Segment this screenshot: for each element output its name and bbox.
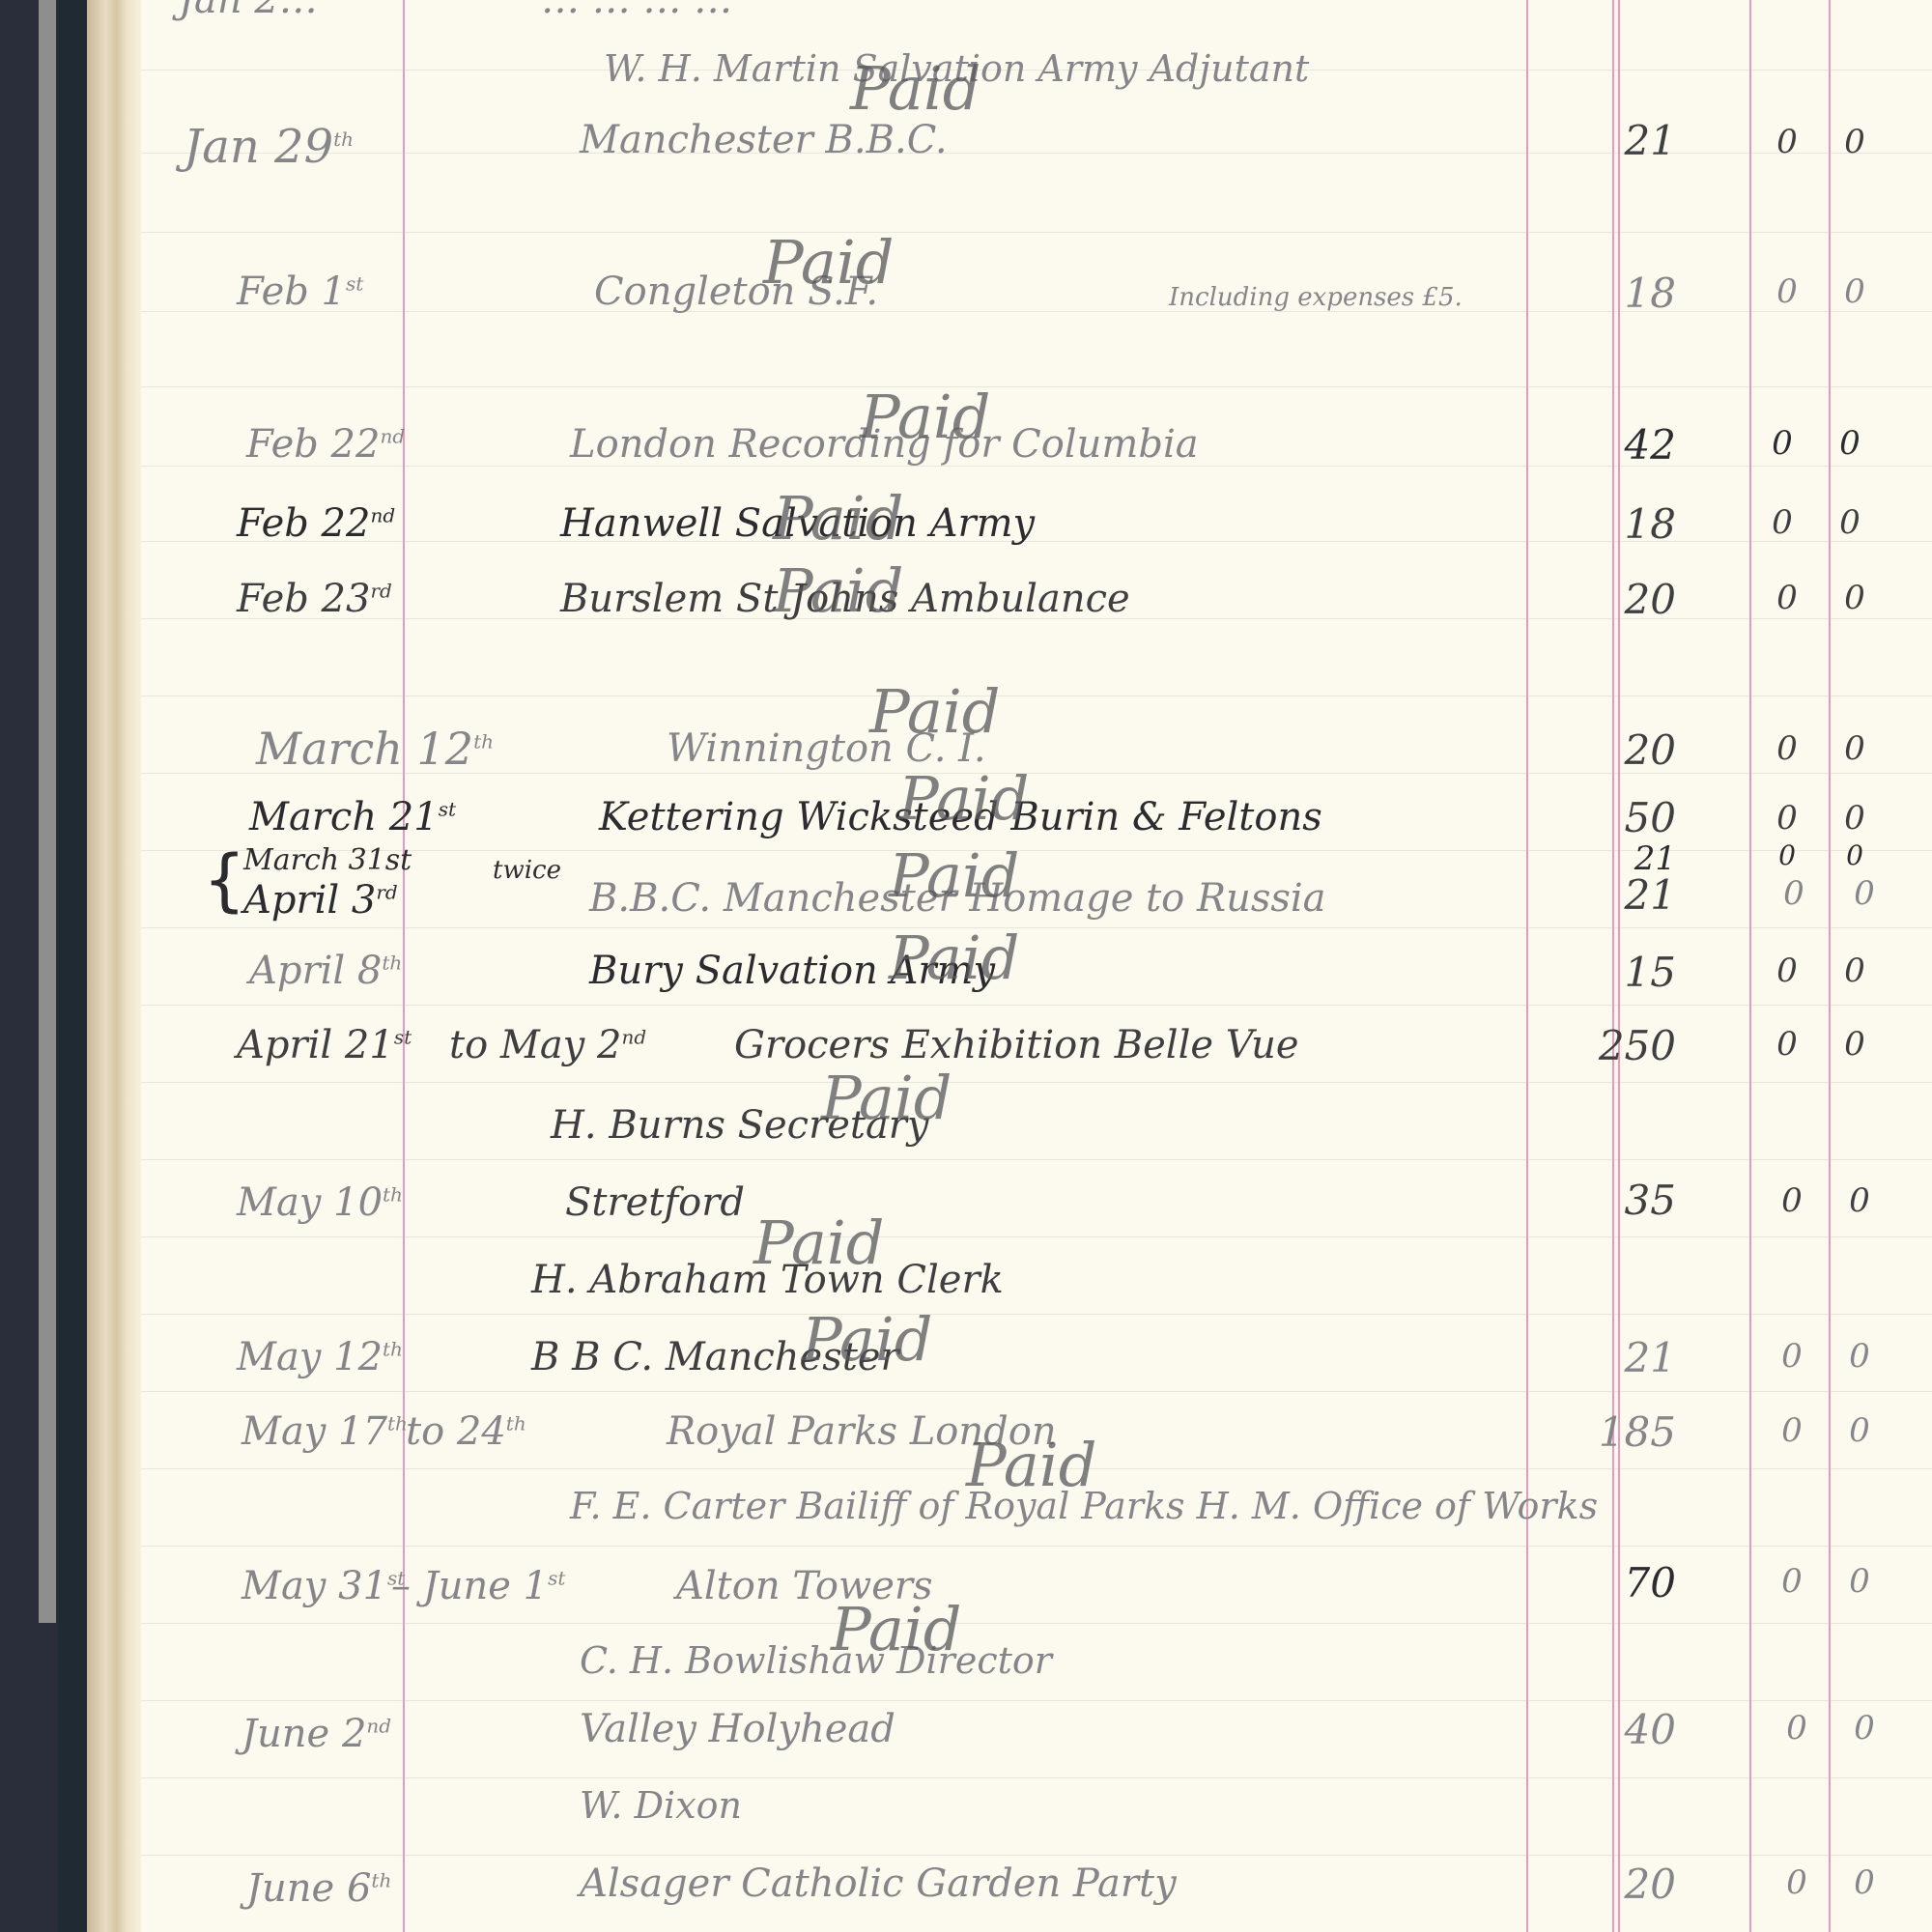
ruled-line: [141, 1005, 1932, 1006]
amount-pence-first: 0: [1831, 842, 1879, 869]
amount-shillings: 0: [1763, 1028, 1811, 1061]
ruled-line: [141, 696, 1932, 696]
date-margin-rule: [403, 0, 405, 1932]
amount-pence: 0: [1835, 1414, 1884, 1447]
paid-mark: Paid: [889, 840, 1019, 911]
entry-note: Including expenses £5.: [1169, 285, 1463, 310]
ruled-line: [141, 1623, 1932, 1624]
entry-description: Manchester B.B.C.: [580, 121, 948, 159]
date-text: March 21: [249, 795, 439, 839]
date-suffix: nd: [370, 504, 395, 527]
ruled-line: [141, 1236, 1932, 1237]
amount-pence: 0: [1835, 1340, 1884, 1373]
amount-pounds: 35: [1570, 1180, 1676, 1221]
amount-pence: 0: [1831, 802, 1879, 835]
amount-pounds: 18: [1570, 273, 1676, 314]
ruled-line: [141, 1314, 1932, 1315]
date-text: Feb 22: [246, 422, 380, 467]
paid-mark: Paid: [966, 1430, 1096, 1500]
date-text: Feb 23: [237, 577, 370, 621]
amount-pence: 0: [1831, 275, 1879, 308]
entry-description: Grocers Exhibition Belle Vue: [734, 1026, 1299, 1065]
amount-pounds: 20: [1570, 1864, 1676, 1905]
ruled-line: [141, 1159, 1932, 1160]
amount-shillings: 0: [1763, 732, 1811, 765]
binding-cloth: [58, 0, 87, 1932]
amount-pence: 0: [1831, 732, 1879, 765]
entry-side-note: twice: [493, 858, 561, 883]
amount-pounds: 42: [1570, 425, 1676, 466]
entry-description: Stretford: [565, 1183, 745, 1222]
amount-pence-second: 0: [1840, 877, 1889, 910]
amount-pounds: 18: [1570, 504, 1676, 545]
amount-pence: 0: [1831, 582, 1879, 614]
entry-date: March 12th: [256, 726, 494, 771]
amount-shillings: 0: [1773, 1712, 1821, 1745]
entry-contact: W. Dixon: [580, 1787, 742, 1824]
amount-pounds: 50: [1570, 798, 1676, 838]
amount-shillings: 0: [1768, 1414, 1816, 1447]
date-text: April 21: [237, 1023, 394, 1067]
entry-date: Feb 22nd: [237, 504, 395, 543]
ruled-line: [141, 386, 1932, 387]
paid-mark: Paid: [773, 555, 903, 626]
date-suffix: th: [383, 1183, 403, 1207]
date-text: June 6: [246, 1866, 371, 1911]
paid-mark: Paid: [753, 1207, 884, 1278]
date-text: May 10: [237, 1180, 383, 1225]
entry-contact: C. H. Bowlishaw Director: [580, 1642, 1052, 1679]
paid-mark: Paid: [802, 1304, 932, 1375]
amount-shillings-second: 0: [1770, 877, 1818, 910]
entry-date-to: to 24th: [406, 1412, 526, 1451]
entry-date: May 10th: [237, 1183, 403, 1222]
entry-date: April 8th: [249, 952, 402, 990]
date-text: April 3: [243, 878, 376, 923]
amount-shillings: 0: [1773, 1866, 1821, 1899]
amount-pence: 0: [1831, 126, 1879, 158]
date-suffix: th: [382, 952, 402, 975]
amount-pence: 0: [1826, 506, 1874, 539]
amount-pounds: 21: [1570, 121, 1676, 161]
date-suffix: th: [473, 730, 494, 753]
paid-mark: Paid: [821, 1063, 952, 1133]
date-suffix: rd: [376, 881, 397, 904]
amount-shillings: 0: [1758, 427, 1806, 460]
amount-pence: 0: [1835, 1565, 1884, 1598]
amount-pounds: 15: [1570, 952, 1676, 993]
entry-date: June 6th: [246, 1869, 391, 1908]
date-suffix: rd: [370, 580, 391, 603]
date-text: May 17: [241, 1409, 387, 1454]
amount-pounds: 20: [1570, 730, 1676, 771]
amount-shillings: 0: [1763, 126, 1811, 158]
entry-desc-cutoff: … … … …: [541, 0, 732, 19]
amount-pounds: 20: [1570, 580, 1676, 620]
amount-shillings: 0: [1763, 582, 1811, 614]
entry-date: June 2nd: [241, 1715, 391, 1753]
date-suffix: th: [387, 1412, 408, 1435]
amount-pounds: 250: [1570, 1026, 1676, 1066]
amount-shillings: 0: [1758, 506, 1806, 539]
paid-mark: Paid: [898, 763, 1029, 834]
paid-mark: Paid: [773, 483, 903, 554]
entry-date-first: March 31st: [243, 846, 412, 875]
entry-date: May 31st: [241, 1567, 405, 1605]
amount-pence: 0: [1840, 1866, 1889, 1899]
amount-shillings: 0: [1768, 1184, 1816, 1217]
entry-date: May 12th: [237, 1338, 403, 1377]
ruled-line: [141, 927, 1932, 928]
amount-pence: 0: [1826, 427, 1874, 460]
amount-shillings: 0: [1763, 275, 1811, 308]
amount-pence: 0: [1840, 1712, 1889, 1745]
date-suffix: st: [394, 1026, 412, 1049]
amount-shillings: 0: [1763, 802, 1811, 835]
amount-pounds: 21: [1570, 1338, 1676, 1378]
paid-mark: Paid: [860, 382, 990, 452]
entry-date: Jan 29th: [184, 124, 354, 170]
date-suffix: th: [333, 128, 354, 151]
amount-shillings: 0: [1768, 1340, 1816, 1373]
date-text: April 8: [249, 949, 382, 993]
paid-mark: Paid: [763, 227, 894, 298]
date-to-suffix: st: [548, 1567, 565, 1590]
amount-shillings: 0: [1763, 954, 1811, 987]
entry-description: Alsager Catholic Garden Party: [580, 1864, 1177, 1903]
entry-date: March 21st: [249, 798, 456, 837]
date-text: Jan 29: [184, 120, 333, 174]
brace-icon: {: [203, 840, 246, 920]
amount-pounds: 40: [1570, 1710, 1676, 1750]
paid-mark: Paid: [889, 923, 1019, 993]
amount-shillings-first: 0: [1763, 842, 1811, 869]
date-text: March 12: [256, 723, 473, 775]
date-to-text: – June 1: [391, 1564, 548, 1608]
amount-pounds: 70: [1570, 1563, 1676, 1604]
entry-date-to: – June 1st: [391, 1567, 565, 1605]
date-text: June 2: [241, 1712, 366, 1756]
date-to-text: to 24: [406, 1409, 506, 1454]
amount-pounds: 185: [1570, 1412, 1676, 1453]
binding-ribbon: [39, 0, 56, 1623]
paid-mark: Paid: [869, 676, 1000, 747]
ruled-line: [141, 1391, 1932, 1392]
entry-date: Feb 22nd: [246, 425, 405, 464]
paid-mark: Paid: [831, 1594, 961, 1664]
date-to-suffix: th: [506, 1412, 526, 1435]
ruled-line: [141, 232, 1932, 233]
amount-pounds-first: 21: [1570, 842, 1676, 875]
date-suffix: st: [439, 798, 456, 821]
amount-pence: 0: [1835, 1184, 1884, 1217]
amount-pence: 0: [1831, 954, 1879, 987]
date-to-text: to May 2: [449, 1023, 621, 1067]
entry-date: Feb 1st: [237, 272, 363, 311]
entry-description: Valley Holyhead: [580, 1710, 895, 1748]
entry-date: April 3rd: [243, 881, 398, 920]
ruled-line: [141, 1855, 1932, 1856]
date-suffix: th: [371, 1869, 391, 1892]
date-suffix: nd: [380, 425, 405, 448]
entry-date: Feb 23rd: [237, 580, 392, 618]
page-edges: [87, 0, 141, 1932]
entry-date: April 21st: [237, 1026, 412, 1065]
date-to-suffix: nd: [621, 1026, 646, 1049]
date-text: May 31: [241, 1564, 387, 1608]
ruled-line: [141, 1546, 1932, 1547]
ruled-line: [141, 1700, 1932, 1701]
column-rule: [1526, 0, 1528, 1932]
date-text: Feb 1: [237, 270, 346, 314]
date-suffix: nd: [366, 1715, 391, 1738]
ruled-line: [141, 1082, 1932, 1083]
shillings-rule: [1749, 0, 1751, 1932]
entry-date-cutoff: Jan 2…: [179, 0, 318, 19]
paid-mark: Paid: [850, 53, 980, 124]
date-suffix: th: [383, 1338, 403, 1361]
date-text: May 12: [237, 1335, 383, 1379]
entry-date-to: to May 2nd: [449, 1026, 646, 1065]
amount-pence: 0: [1831, 1028, 1879, 1061]
amount-shillings: 0: [1768, 1565, 1816, 1598]
ruled-line: [141, 1777, 1932, 1778]
date-suffix: st: [346, 272, 363, 296]
date-text: Feb 22: [237, 501, 370, 546]
entry-date: May 17th: [241, 1412, 408, 1451]
amount-pounds-second: 21: [1570, 875, 1676, 916]
